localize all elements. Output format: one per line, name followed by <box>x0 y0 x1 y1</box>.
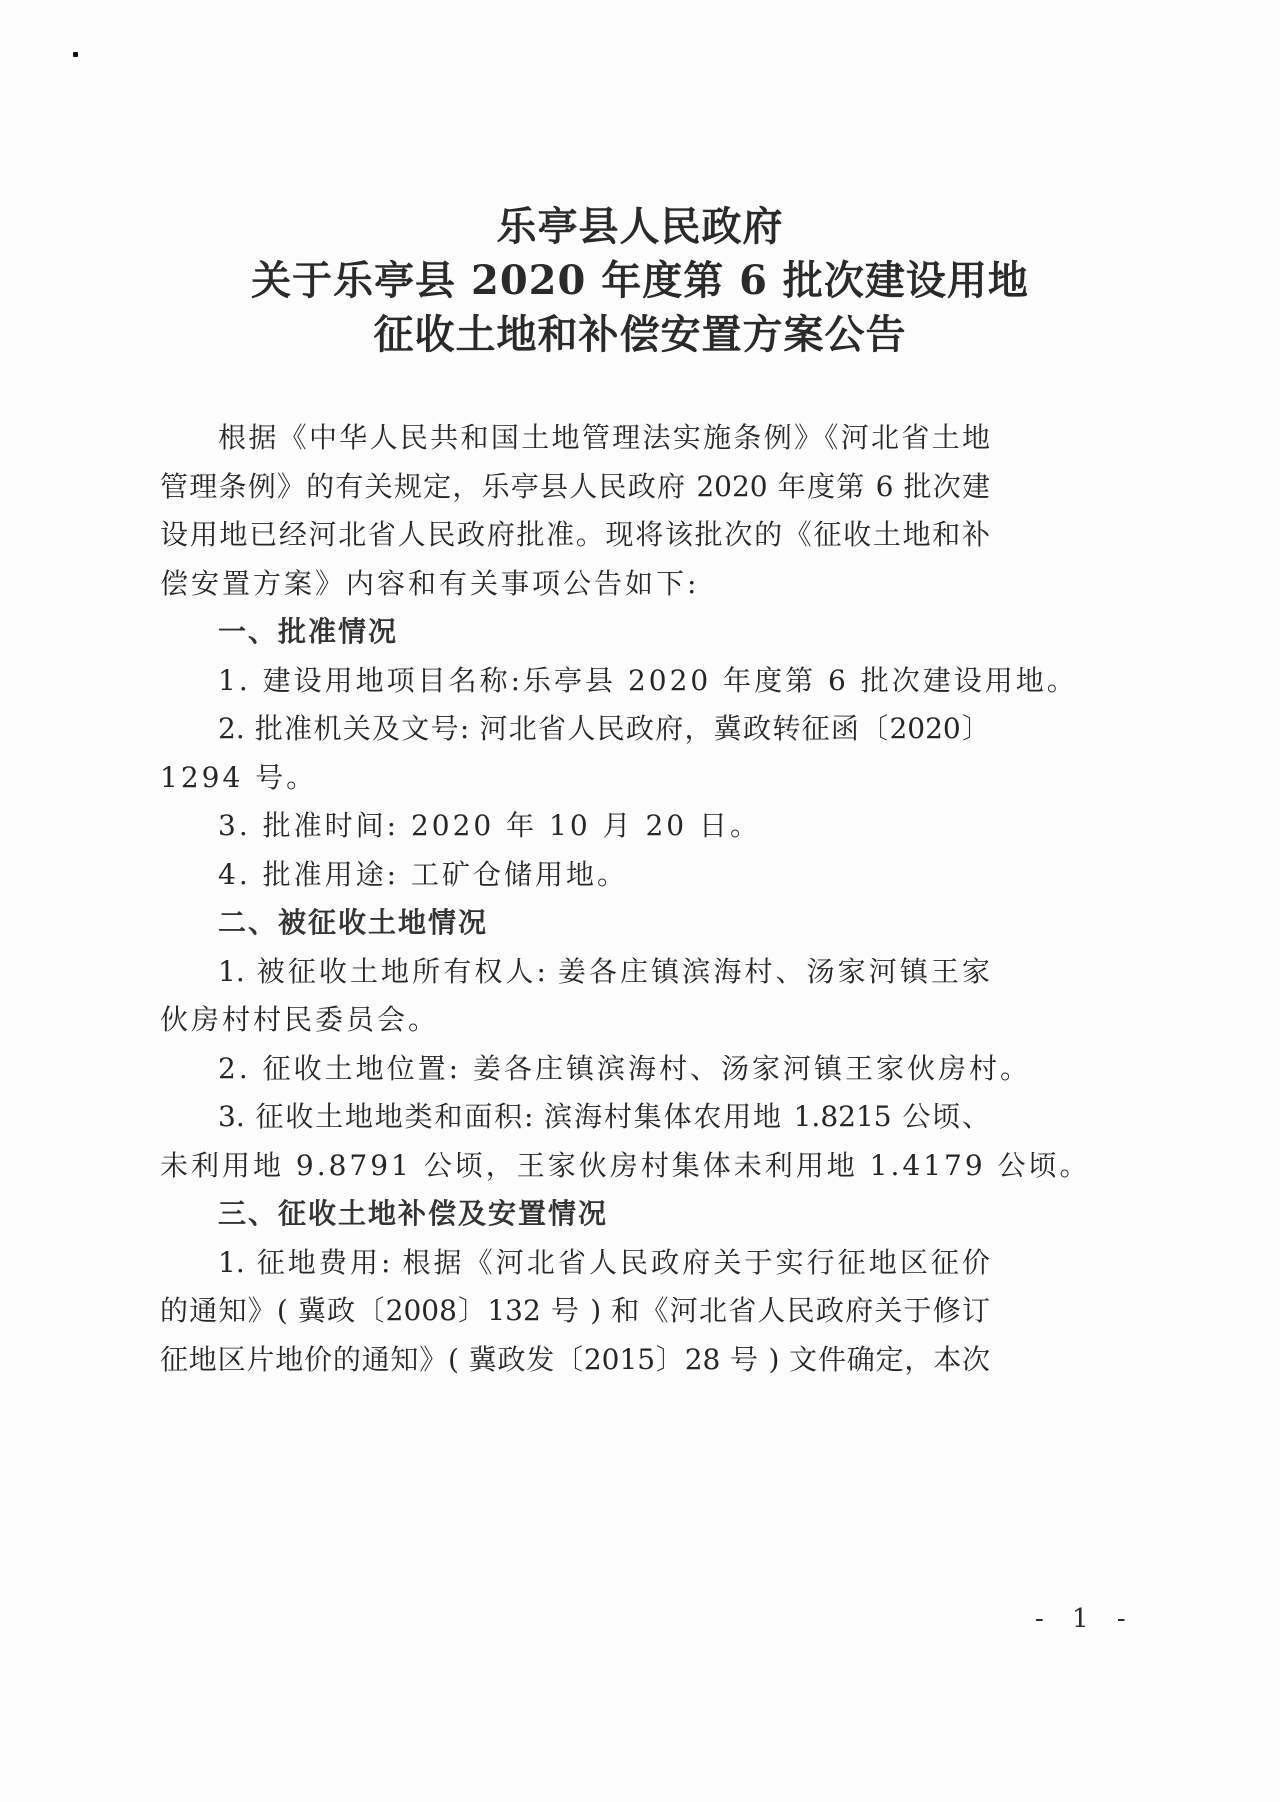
intro-line-4: 偿安置方案》内容和有关事项公告如下: <box>160 560 990 609</box>
compensation-item-fees-cont-2: 征地区片地价的通知》( 冀政发〔2015〕28 号 ) 文件确定，本次 <box>160 1336 990 1385</box>
compensation-item-fees: 1. 征地费用: 根据《河北省人民政府关于实行征地区征价 <box>160 1239 990 1288</box>
document-body: 根据《中华人民共和国土地管理法实施条例》《河北省土地 管理条例》的有关规定，乐亭… <box>160 414 990 1384</box>
scan-speck <box>73 52 78 57</box>
approval-item-authority-cont: 1294 号。 <box>160 754 990 803</box>
land-item-owner: 1. 被征收土地所有权人: 姜各庄镇滨海村、汤家河镇王家 <box>160 948 990 997</box>
intro-line-3: 设用地已经河北省人民政府批准。现将该批次的《征收土地和补 <box>160 511 990 560</box>
title-line-subject: 关于乐亭县 2020 年度第 6 批次建设用地 <box>0 254 1280 308</box>
land-item-area: 3. 征收土地地类和面积: 滨海村集体农用地 1.8215 公顷、 <box>160 1093 990 1142</box>
compensation-item-fees-cont-1: 的通知》( 冀政〔2008〕132 号 ) 和《河北省人民政府关于修订 <box>160 1287 990 1336</box>
land-item-area-cont: 未利用地 9.8791 公顷，王家伙房村集体未利用地 1.4179 公顷。 <box>160 1142 990 1191</box>
title-line-issuer: 乐亭县人民政府 <box>0 200 1280 254</box>
intro-line-2: 管理条例》的有关规定，乐亭县人民政府 2020 年度第 6 批次建 <box>160 463 990 512</box>
approval-item-project-name: 1. 建设用地项目名称:乐亭县 2020 年度第 6 批次建设用地。 <box>160 657 990 706</box>
land-item-location: 2. 征收土地位置: 姜各庄镇滨海村、汤家河镇王家伙房村。 <box>160 1045 990 1094</box>
section-heading-approval: 一、批准情况 <box>160 608 990 657</box>
approval-item-authority: 2. 批准机关及文号: 河北省人民政府，冀政转征函〔2020〕 <box>160 705 990 754</box>
intro-line-1: 根据《中华人民共和国土地管理法实施条例》《河北省土地 <box>160 414 990 463</box>
title-line-subject-cont: 征收土地和补偿安置方案公告 <box>0 308 1280 362</box>
page-number: - 1 - <box>1035 1604 1136 1634</box>
document-title: 乐亭县人民政府 关于乐亭县 2020 年度第 6 批次建设用地 征收土地和补偿安… <box>0 200 1280 362</box>
section-heading-land: 二、被征收土地情况 <box>160 899 990 948</box>
approval-item-purpose: 4. 批准用途: 工矿仓储用地。 <box>160 851 990 900</box>
approval-item-date: 3. 批准时间: 2020 年 10 月 20 日。 <box>160 802 990 851</box>
section-heading-compensation: 三、征收土地补偿及安置情况 <box>160 1190 990 1239</box>
land-item-owner-cont: 伙房村村民委员会。 <box>160 996 990 1045</box>
